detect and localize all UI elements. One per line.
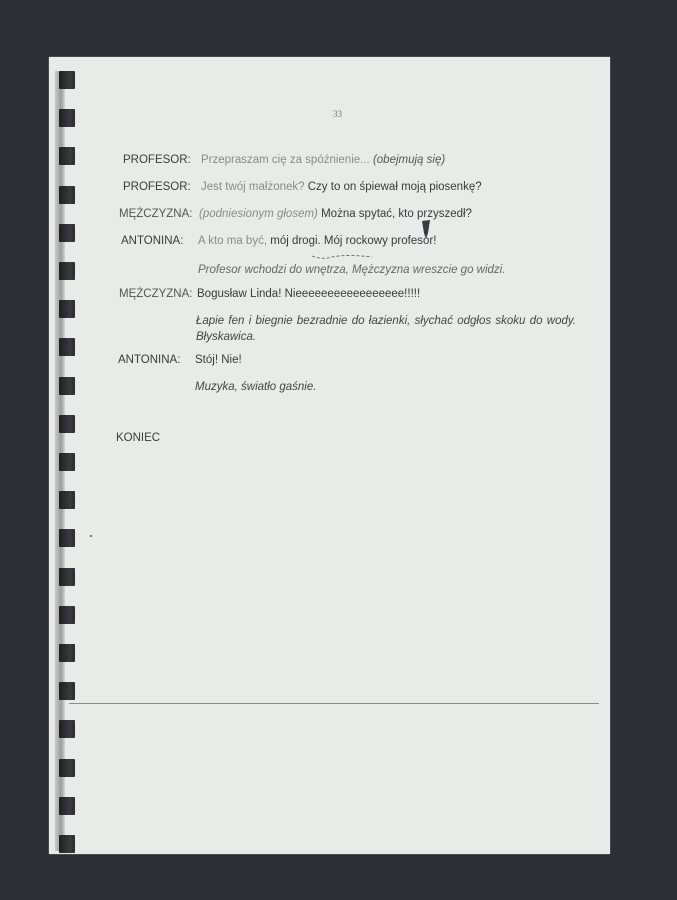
speaker-name: ANTONINA: [121,235,183,247]
binding-tooth [59,377,75,395]
dialogue-text: Stój! Nie! [195,354,242,366]
script-page: 33 PROFESOR: Przepraszam cię za spóźnien… [49,57,610,854]
binding-tooth [59,606,75,624]
dialogue-text: Przepraszam cię za spóźnienie... (obejmu… [201,154,445,166]
stage-direction: Profesor wchodzi do wnętrza, Mężczyzna w… [198,262,578,278]
speaker-name: MĘŻCZYZNA: [119,288,192,300]
binding-tooth [59,759,75,777]
speaker-name: PROFESOR: [123,181,191,193]
speaker-name: ANTONINA: [118,354,180,366]
dialogue-text: Jest twój małżonek? Czy to on śpiewał mo… [201,181,482,193]
binding-tooth [59,71,75,89]
stage-direction: (obejmują się) [373,154,445,166]
page-number: 33 [333,109,342,119]
binding-tooth [59,644,75,662]
binding-tooth [59,262,75,280]
binding-tooth [59,300,75,318]
dialogue-text: Bogusław Linda! Nieeeeeeeeeeeeeeeee!!!!! [197,288,420,300]
speaker-name: MĘŻCZYZNA: [119,208,192,220]
dialogue-text: A kto ma być, mój drogi. Mój rockowy pro… [198,235,436,247]
handwritten-underline [312,254,372,260]
binding-tooth [59,147,75,165]
fold-line [69,703,599,704]
binding-tooth [59,453,75,471]
speck [90,535,92,537]
binding-tooth [59,338,75,356]
stage-direction: Muzyka, światło gaśnie. [195,379,575,395]
binding-tooth [59,491,75,509]
stage-direction: Łapie fen i biegnie bezradnie do łazienk… [196,313,576,345]
binding-tooth [59,224,75,242]
speaker-name: PROFESOR: [123,154,191,166]
binding-tooth [59,682,75,700]
binding-tooth [59,835,75,853]
ending-label: KONIEC [116,432,160,444]
binding-tooth [59,186,75,204]
binding-tooth [59,720,75,738]
binding-tooth [59,415,75,433]
binding-tooth [59,529,75,547]
handwritten-mark [421,219,431,241]
stage-direction: (podniesionym głosem) [199,208,318,220]
binding-tooth [59,568,75,586]
binding-tooth [59,797,75,815]
binding-tooth [59,109,75,127]
